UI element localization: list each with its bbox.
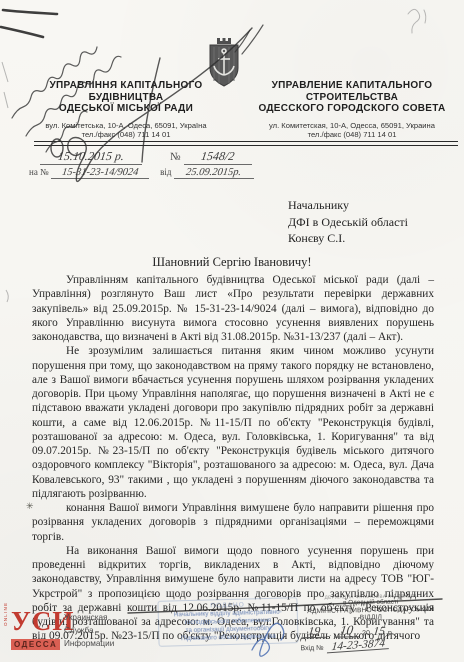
stamp-entry-label: Вхід № xyxy=(300,645,323,652)
stamp-day-handwritten: 19 xyxy=(307,626,320,637)
usi-info-line-1: Украинская xyxy=(64,612,114,625)
letter-date-handwritten: 15.10.2015 р. xyxy=(57,149,125,164)
pencil-marks-top-right xyxy=(408,9,426,33)
stamp-year-handwritten: 15 xyxy=(372,626,385,637)
org-title-uk-2: БУДІВНИЦТВА xyxy=(28,92,224,104)
usi-city-badge: ОДЕССА xyxy=(11,639,60,650)
org-title-ru-3: ОДЕССКОГО ГОРОДСКОГО СОВЕТА xyxy=(246,103,458,115)
usi-info-line-3: Информации xyxy=(64,638,114,651)
org-title-ru-1: УПРАВЛЕНИЕ КАПИТАЛЬНОГО xyxy=(246,80,458,92)
org-address-uk: вул. Комітетська, 10-А, Одеса, 65091, Ук… xyxy=(28,121,224,131)
stamp-year-suffix: р. xyxy=(388,630,394,637)
recipient-org: ДФІ в Одеській області xyxy=(288,214,408,231)
recipient-title: Начальнику xyxy=(288,197,408,214)
org-phone-ru: тел./факс (048) 711 14 01 xyxy=(246,130,458,140)
stamp-entry-number-handwritten: 14-23-3874 xyxy=(327,638,390,653)
reply-number-handwritten: 15-31-23-14/9024 xyxy=(61,167,139,178)
reference-line-2: на № 15-31-23-14/9024 від 25.09.2015р. xyxy=(29,167,254,179)
usi-online-label: ONLINE xyxy=(3,602,8,626)
corner-pen-marks xyxy=(1,10,57,37)
paragraph-2: Не зрозумілим залишається питання яким ч… xyxy=(32,344,434,501)
blue-routing-stamp: ПОДАНО Начальнику відділу адміністративн… xyxy=(157,597,298,647)
reply-label: на № xyxy=(29,167,49,177)
recipient-name: Конєву С.І. xyxy=(288,230,408,247)
scanned-letter-page: УПРАВЛІННЯ КАПІТАЛЬНОГО БУДІВНИЦТВА ОДЕС… xyxy=(0,0,464,662)
header-russian: УПРАВЛЕНИЕ КАПИТАЛЬНОГО СТРОИТЕЛЬСТВА ОД… xyxy=(246,80,458,140)
registry-number-vertical: 025496 xyxy=(0,533,2,591)
letter-body: Управлінням капітального будівництва Оде… xyxy=(32,273,434,644)
org-address-ru: ул. Комитетская, 10-А, Одесса, 65091, Ук… xyxy=(246,121,458,131)
stamp-entry-row: Вхід № 14-23-3874 xyxy=(298,639,444,653)
org-title-uk-3: ОДЕСЬКОЇ МІСЬКОЇ РАДИ xyxy=(28,103,224,115)
org-phone-uk: тел./факс (048) 711 14 01 xyxy=(28,130,224,140)
stamp-date-row: 19 . 10 2015 р. xyxy=(298,623,444,639)
org-title-ru-2: СТРОИТЕЛЬСТВА xyxy=(246,92,458,104)
usi-info-line-2: Служба xyxy=(64,625,114,638)
paragraph-3: конання Вашої вимоги Управління вимушене… xyxy=(32,501,434,544)
org-title-uk-1: УПРАВЛІННЯ КАПІТАЛЬНОГО xyxy=(28,80,224,92)
registry-symbol: ✳ xyxy=(26,501,34,512)
reply-date-handwritten: 25.09.2015р. xyxy=(186,167,243,178)
recipient-block: Начальнику ДФІ в Одеській області Конєву… xyxy=(288,197,408,247)
usi-press-logo: ONLINE УСИ ОДЕССА Украинская Служба Инфо… xyxy=(2,608,114,660)
reply-date-label: від xyxy=(160,167,171,177)
header-divider xyxy=(34,141,458,146)
stamp-month-handwritten: 10 xyxy=(339,624,353,635)
stamp-year-prefix: 20 xyxy=(362,630,370,637)
incoming-registration-stamp: ДЕРЖАВНА ФІНАНСОВА ІНСПЕКЦІЯ в Одеській … xyxy=(298,593,445,653)
letter-number-handwritten: 1548/2 xyxy=(200,149,235,164)
salutation: Шановний Сергію Івановичу! xyxy=(0,255,464,270)
number-label: № xyxy=(170,151,181,163)
paragraph-1: Управлінням капітального будівництва Оде… xyxy=(32,273,434,344)
header-ukrainian: УПРАВЛІННЯ КАПІТАЛЬНОГО БУДІВНИЦТВА ОДЕС… xyxy=(28,80,224,140)
reference-line-1: 15.10.2015 р. № 1548/2 xyxy=(40,149,252,165)
